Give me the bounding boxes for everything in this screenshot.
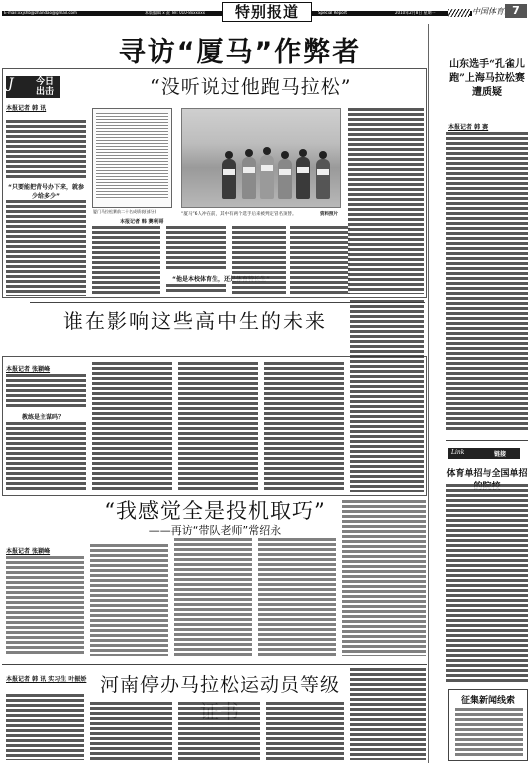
news-tips-contact xyxy=(455,708,523,756)
story1-photographer: 本报记者 韩 赛利哥 xyxy=(120,218,163,225)
story2-headline: 谁在影响这些高中生的未来 xyxy=(35,305,355,334)
story2-col1-text-2 xyxy=(6,422,86,492)
masthead-editor-tel: 本版编辑 x 责 Tel: 010-8xxxxxx xyxy=(145,10,205,16)
photo-caption: “厦马”6人冲在前，其中有两个选手后来被判定冒名顶替。 xyxy=(181,211,297,217)
news-tips-box: 征集新闻线索 xyxy=(448,689,528,761)
story2-col2-text xyxy=(92,362,172,492)
link-text xyxy=(446,484,528,682)
story4-col3-text xyxy=(178,702,260,760)
story4-col2-text xyxy=(90,702,172,760)
section-title: 特别报道 xyxy=(222,2,312,22)
story1-col4-text xyxy=(232,226,286,294)
story2-byline: 本报记者 张颖峰 xyxy=(6,364,50,373)
hatch-decoration-icon xyxy=(448,9,470,17)
sidebar-headline: 山东选手“孔雀儿跑”上海马拉松赛遭质疑 xyxy=(448,58,526,100)
story4-col1-text xyxy=(6,694,84,760)
story3-byline: 本报记者 张颖峰 xyxy=(6,546,50,555)
link-script: Link xyxy=(451,449,464,456)
story1-col6-text xyxy=(348,108,424,294)
story4-byline: 本报记者 韩 讯 实习生 叶振娇 xyxy=(6,674,86,683)
results-table xyxy=(92,108,172,208)
story4-col4-text xyxy=(266,702,344,760)
story3-col4-text xyxy=(258,538,336,656)
news-tips-title: 征集新闻线索 xyxy=(449,693,527,706)
story1-col5-text xyxy=(290,226,350,294)
table-caption: 厦门马拉松赛前二十名成绩表(部分) xyxy=(93,209,156,215)
story1-col1-text-2 xyxy=(6,200,86,296)
story2-col1-text xyxy=(6,374,86,408)
photo-credit: 资料照片 xyxy=(320,211,338,217)
masthead-email: E-mail:xxjshb@zhandao@gmail.com xyxy=(4,10,77,16)
story3-subheadline: ——再访“带队老师”常绍永 xyxy=(100,522,330,538)
story1-col2-text xyxy=(92,226,160,294)
sidebar-text xyxy=(446,132,528,432)
divider-rule-2 xyxy=(2,664,427,665)
story1-byline: 本报记者 韩 讯 xyxy=(6,103,46,112)
story3-col3-text xyxy=(174,538,252,656)
story1-headline: “没听说过他跑马拉松” xyxy=(150,72,420,99)
story2-col5-text xyxy=(350,300,424,492)
masthead: E-mail:xxjshb@zhandao@gmail.com 本版编辑 x 责… xyxy=(0,0,530,24)
story1-col1-text xyxy=(6,120,86,178)
column-logo-line1: 今日 xyxy=(36,77,54,87)
column-logo-line2: 出击 xyxy=(36,87,54,97)
issue-date: 2010年2月8日 星期一 xyxy=(395,10,436,16)
story2-col4-text xyxy=(264,362,344,492)
story3-headline: “我感觉全是投机取巧” xyxy=(50,495,380,525)
signature-icon: J xyxy=(8,76,14,92)
story3-col2-text xyxy=(90,544,168,656)
story2-col3-text xyxy=(178,362,258,492)
sidebar-rule xyxy=(446,440,528,441)
story3-col5-text xyxy=(342,500,426,656)
story1-subhead-1: “只要能把背号办下来，就参少给多少” xyxy=(6,182,86,200)
marathon-photo xyxy=(181,108,341,208)
story1-col3-text xyxy=(166,226,226,270)
sidebar-byline: 本报记者 韩 赛 xyxy=(448,122,488,131)
link-badge: Link 链接 xyxy=(448,448,520,459)
story3-col1-text xyxy=(6,556,84,656)
section-english: Special Report xyxy=(318,10,347,16)
story4-col5-text xyxy=(350,668,426,760)
column-logo: J 今日 出击 xyxy=(6,76,60,98)
story2-subhead: 教练是主谋吗？ xyxy=(22,412,64,421)
page-number: 7 xyxy=(505,4,527,18)
link-label: 链接 xyxy=(494,449,506,458)
story1-col3-text-2 xyxy=(166,284,226,294)
main-headline: 寻访“厦马”作弊者 xyxy=(60,30,420,69)
sidebar-divider xyxy=(428,24,429,763)
